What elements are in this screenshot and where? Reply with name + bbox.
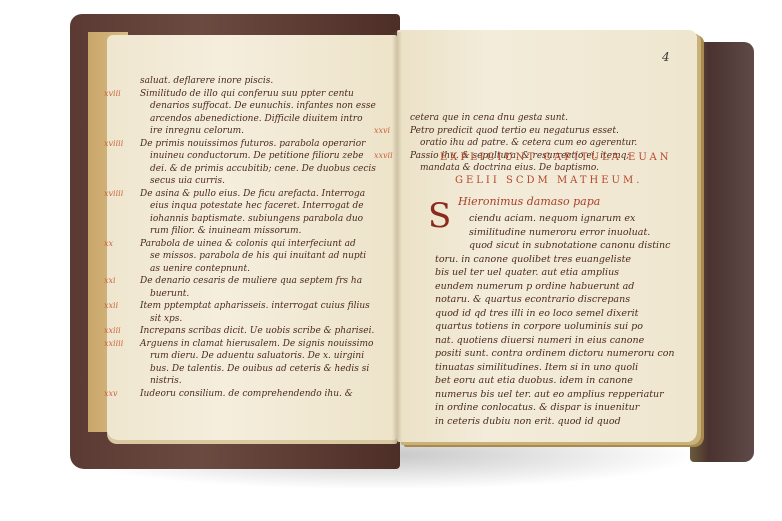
chapter-numeral: xxiii [104,325,121,338]
manuscript-line: arcendos abenedictione. Difficile diuite… [150,113,363,126]
preface-title: Hieronimus damaso papa [458,196,600,209]
chapter-numeral: xviii [104,88,121,101]
chapter-numeral: xxiiii [104,338,123,351]
manuscript-line: Arguens in clamat hierusalem. De signis … [140,338,373,351]
manuscript-line: Item pptemptat apharisseis. interrogat c… [140,300,370,313]
leather-cover-right [690,42,754,462]
folio-number: 4 [662,50,670,64]
preface-line: toru. in canone quolibet tres euangelist… [435,253,690,267]
book-gutter [392,32,402,444]
manuscript-line: De asina & pullo eius. De ficu arefacta.… [140,188,365,201]
preface-line: tinuatas similitudines. Item si in uno q… [435,361,690,375]
preface-line: similitudine numeroru error inuoluat. [469,226,690,240]
manuscript-line: De primis nouissimos futuros. parabola o… [140,138,365,151]
preface-line: eundem numerum p ordine habuerunt ad [435,280,690,294]
manuscript-line: Similitudo de illo qui conferuu suu ppte… [140,88,354,101]
preface-line: bet eoru aut etia duobus. idem in canone [435,374,690,388]
chapter-numeral: xviiii [104,138,123,151]
preface-line: notaru. & quartus econtrario discrepans [435,293,690,307]
preface-line: ciendu aciam. nequom ignarum ex [469,212,690,226]
manuscript-line: denarios suffocat. De eunuchis. infantes… [150,100,376,113]
explicit-rubric-2: GELII SCDM MATHEUM. [455,175,642,188]
manuscript-line: iohannis baptismate. subiungens parabola… [150,213,363,226]
manuscript-line: buerunt. [150,288,189,301]
chapter-numeral: xxi [104,275,116,288]
chapter-numeral: xxii [104,300,118,313]
manuscript-line: De denario cesaris de muliere qua septem… [140,275,362,288]
manuscript-line: Parabola de uinea & colonis qui interfec… [140,238,356,251]
manuscript-line: ire inregnu celorum. [150,125,244,138]
manuscript-line: Petro predicit quod tertio eu negaturus … [410,125,619,138]
preface-text: ciendu aciam. nequom ignarum exsimilitud… [455,212,690,428]
preface-line: in ordine conlocatus. & dispar is inueni… [435,401,690,415]
manuscript-line: secus uia curris. [150,175,225,188]
decorated-initial: S [428,196,451,236]
preface-line: quartus totiens in corpore uoluminis sui… [435,320,690,334]
manuscript-line: bus. De talentis. De ouibus ad ceteris &… [150,363,369,376]
explicit-rubric-1: EXPLICIUNT CAPITULA EUAN [440,152,671,165]
manuscript-line: inuineu conductorum. De petitione filior… [150,150,364,163]
chapter-numeral: xx [104,238,113,251]
chapter-numeral: xxvi [374,125,390,138]
manuscript-line: sit xps. [150,313,182,326]
manuscript-line: dei. & de primis accubitib; cene. De duo… [150,163,376,176]
manuscript-line: Increpans scribas dicit. Ue uobis scribe… [140,325,374,338]
manuscript-line: oratio ihu ad patre. & cetera cum eo age… [420,137,637,150]
manuscript-line: cetera que in cena dnu gesta sunt. [410,112,568,125]
manuscript-line: as uenire contepnunt. [150,263,250,276]
manuscript-line: rum filior. & inuineam missorum. [150,225,301,238]
chapter-numeral: xxv [104,388,118,401]
manuscript-line: se missos. parabola de his qui inuitant … [150,250,366,263]
manuscript-line: eius inqua potestate hec faceret. Interr… [150,200,364,213]
manuscript-line: nistris. [150,375,182,388]
preface-line: positi sunt. contra ordinem dictoru nume… [435,347,690,361]
preface-line: quod id qd tres illi in eo loco semel di… [435,307,690,321]
preface-line: nat. quotiens diuersi numeri in eius can… [435,334,690,348]
preface-line: numerus bis uel ter. aut eo amplius repp… [435,388,690,402]
manuscript-line: Iudeoru consilium. de comprehendendo ihu… [140,388,353,401]
preface-line: in ceteris dubiu non erit. quod id quod [435,415,690,429]
preface-line: bis uel ter uel quater. aut etia amplius [435,266,690,280]
preface-line: quod sicut in subnotatione canonu distin… [469,239,690,253]
manuscript-line: rum dieru. De aduentu saluatoris. De x. … [150,350,364,363]
chapter-numeral: xxvii [374,150,393,163]
manuscript-line: saluat. deflarere inore piscis. [140,75,273,88]
chapter-numeral: xviiii [104,188,123,201]
